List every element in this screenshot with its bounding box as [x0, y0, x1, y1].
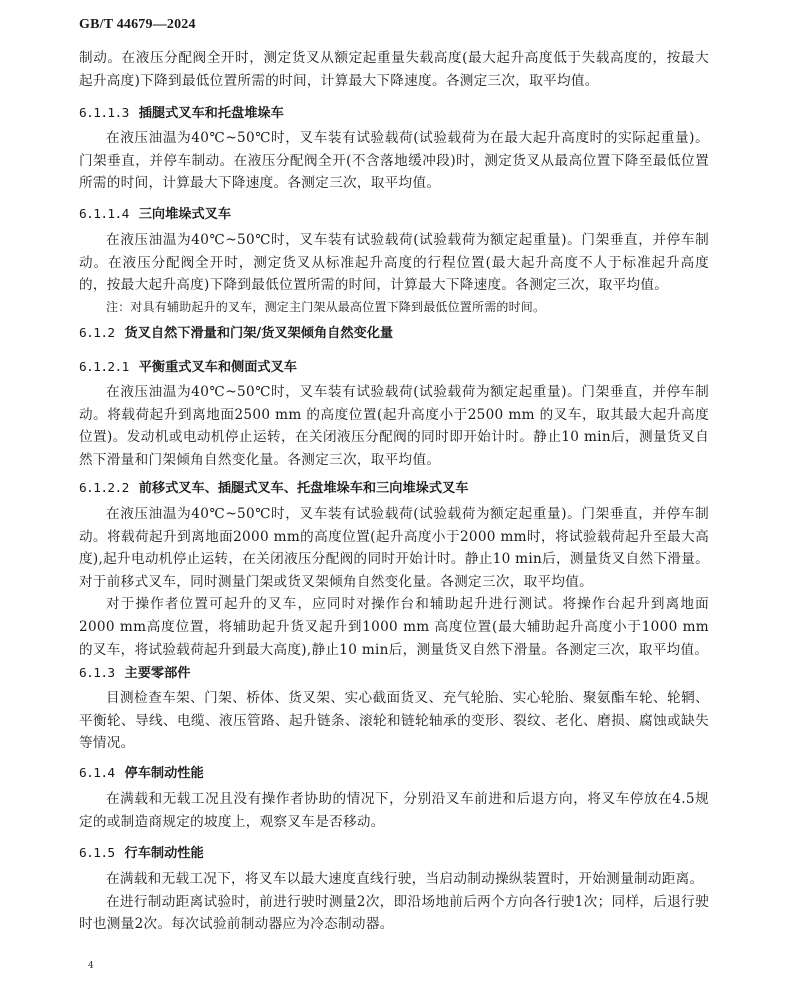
section-heading-6114: 6.1.1.4三向堆垛式叉车 [79, 203, 231, 222]
section-number: 6.1.3 [79, 666, 115, 681]
paragraph: 在液压油温为40℃~50℃时，叉车装有试验载荷(试验载荷为在最大起升高度时的实际… [79, 127, 709, 195]
paragraph: 在满载和无载工况下，将叉车以最大速度直线行驶，当启动制动操纵装置时，开始测量制动… [79, 868, 709, 891]
paragraph: 制动。在液压分配阀全开时，测定货叉从额定起重量失载高度(最大起升高度低于失载高度… [79, 47, 709, 92]
paragraph: 在液压油温为40℃~50℃时，叉车装有试验载荷(试验载荷为额定起重量)。门架垂直… [79, 503, 709, 593]
section-title: 前移式叉车、插腿式叉车、托盘堆垛车和三向堆垛式叉车 [139, 481, 469, 496]
section-heading-612: 6.1.2货叉自然下滑量和门架/货叉架倾角自然变化量 [79, 322, 393, 341]
paragraph: 在满载和无载工况且没有操作者协助的情况下，分别沿叉车前进和后退方向，将叉车停放在… [79, 788, 709, 833]
section-heading-6121: 6.1.2.1平衡重式叉车和侧面式叉车 [79, 356, 297, 375]
section-heading-613: 6.1.3主要零部件 [79, 662, 190, 681]
paragraph: 目测检查车架、门架、桥体、货叉架、实心截面货叉、充气轮胎、实心轮胎、聚氨酯车轮、… [79, 687, 709, 755]
document-page: GB/T 44679—2024 制动。在液压分配阀全开时，测定货叉从额定起重量失… [0, 0, 794, 985]
section-number: 6.1.1.3 [79, 106, 129, 121]
section-heading-6122: 6.1.2.2前移式叉车、插腿式叉车、托盘堆垛车和三向堆垛式叉车 [79, 477, 468, 496]
section-number: 6.1.2.2 [79, 481, 129, 496]
section-number: 6.1.2.1 [79, 360, 129, 375]
section-title: 停车制动性能 [125, 766, 204, 781]
section-body-613: 目测检查车架、门架、桥体、货叉架、实心截面货叉、充气轮胎、实心轮胎、聚氨酯车轮、… [79, 687, 709, 755]
paragraph: 在进行制动距离试验时，前进行驶时测量2次，即沿场地前后两个方向各行驶1次；同样，… [79, 891, 709, 936]
section-body-615: 在满载和无载工况下，将叉车以最大速度直线行驶，当启动制动操纵装置时，开始测量制动… [79, 868, 709, 936]
section-body-6114: 在液压油温为40℃~50℃时，叉车装有试验载荷(试验载荷为额定起重量)。门架垂直… [79, 229, 709, 317]
paragraph: 在液压油温为40℃~50℃时，叉车装有试验载荷(试验载荷为额定起重量)。门架垂直… [79, 229, 709, 297]
section-heading-614: 6.1.4停车制动性能 [79, 762, 204, 781]
section-body-614: 在满载和无载工况且没有操作者协助的情况下，分别沿叉车前进和后退方向，将叉车停放在… [79, 788, 709, 833]
section-number: 6.1.4 [79, 766, 115, 781]
section-body-6113: 在液压油温为40℃~50℃时，叉车装有试验载荷(试验载荷为在最大起升高度时的实际… [79, 127, 709, 195]
section-title: 三向堆垛式叉车 [139, 207, 231, 222]
section-title: 主要零部件 [125, 666, 191, 681]
section-title: 插腿式叉车和托盘堆垛车 [139, 106, 284, 121]
section-heading-615: 6.1.5行车制动性能 [79, 842, 204, 861]
section-heading-6113: 6.1.1.3插腿式叉车和托盘堆垛车 [79, 102, 284, 121]
section-title: 行车制动性能 [125, 846, 204, 861]
section-number: 6.1.1.4 [79, 207, 129, 222]
paragraph: 在液压油温为40℃~50℃时，叉车装有试验载荷(试验载荷为额定起重量)。门架垂直… [79, 381, 709, 471]
section-body-6122: 在液压油温为40℃~50℃时，叉车装有试验载荷(试验载荷为额定起重量)。门架垂直… [79, 503, 709, 661]
section-number: 6.1.2 [79, 326, 115, 341]
page-number: 4 [88, 961, 94, 971]
section-title: 货叉自然下滑量和门架/货叉架倾角自然变化量 [125, 326, 394, 341]
section-number: 6.1.5 [79, 846, 115, 861]
section-body-6121: 在液压油温为40℃~50℃时，叉车装有试验载荷(试验载荷为额定起重量)。门架垂直… [79, 381, 709, 471]
paragraph: 对于操作者位置可起升的叉车，应同时对操作台和辅助起升进行测试。将操作台起升到离地… [79, 593, 709, 661]
section-title: 平衡重式叉车和侧面式叉车 [139, 360, 297, 375]
standard-number-header: GB/T 44679—2024 [79, 17, 196, 33]
intro-block: 制动。在液压分配阀全开时，测定货叉从额定起重量失载高度(最大起升高度低于失载高度… [79, 47, 709, 92]
note: 注：对具有辅助起升的叉车，测定主门架从最高位置下降到最低位置所需的时间。 [79, 297, 709, 317]
